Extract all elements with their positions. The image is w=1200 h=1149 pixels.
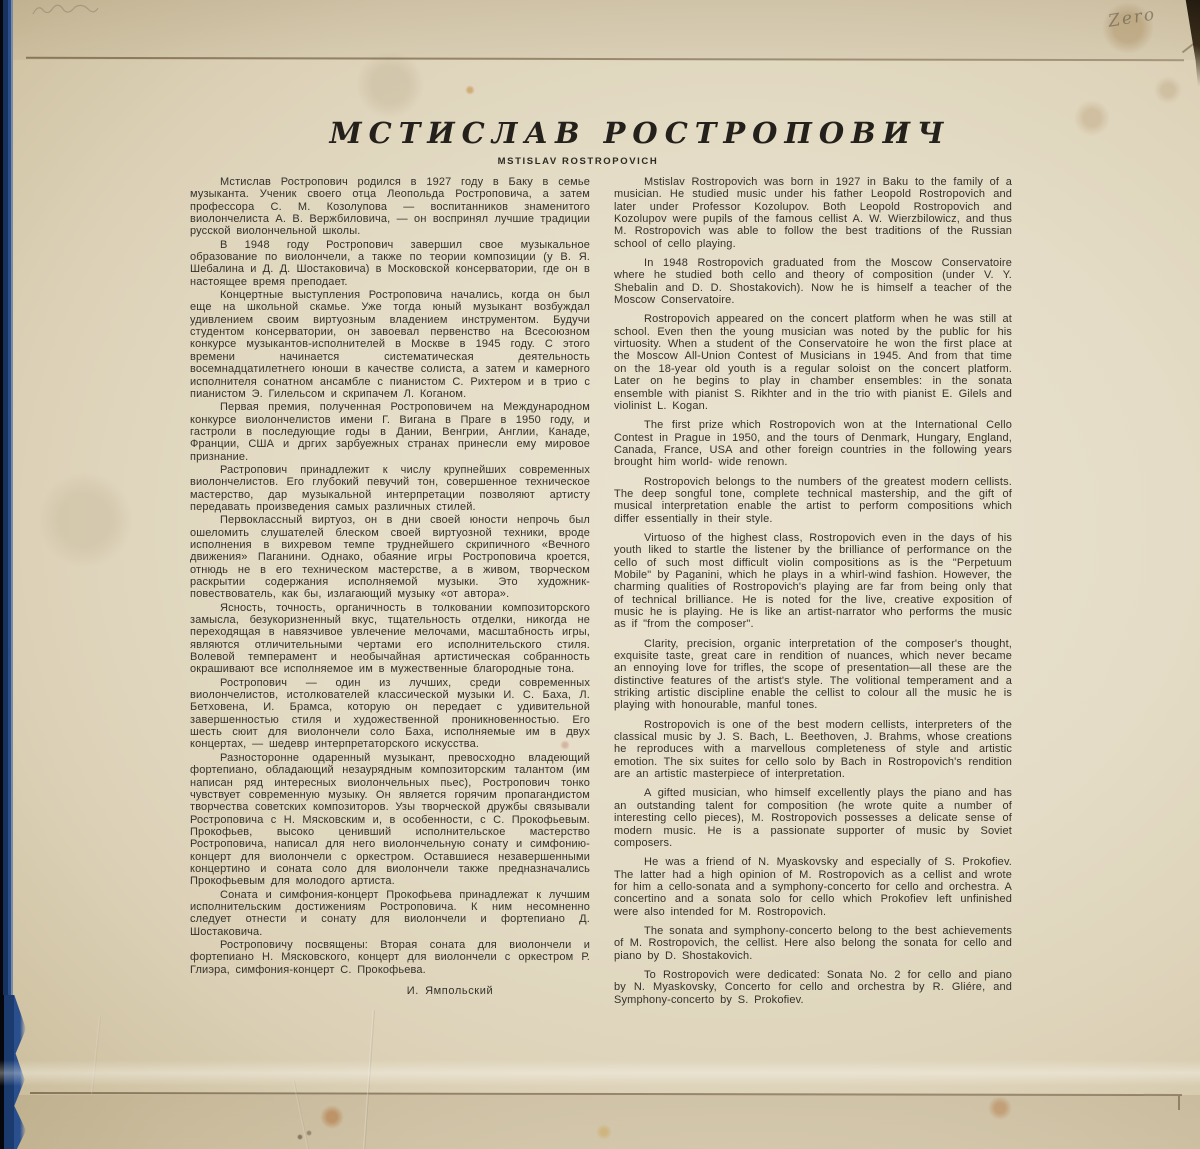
- paragraph: To Rostropovich were dedicated: Sonata N…: [614, 969, 1012, 1006]
- paragraph: Rostropovich belongs to the numbers of t…: [614, 476, 1012, 525]
- paragraph: В 1948 году Ростропович завершил свое му…: [190, 239, 590, 288]
- paragraph: Ясность, точность, органичность в толков…: [190, 602, 590, 676]
- top-fold-flap: [0, 0, 1200, 60]
- paragraph: Rostropovich appeared on the concert pla…: [614, 313, 1012, 412]
- author-signature: И. Ямпольский: [190, 985, 590, 997]
- page-title-english: MSTISLAV ROSTROPOVICH: [0, 156, 1156, 167]
- paragraph: Растропович принадлежит к числу крупнейш…: [190, 464, 590, 513]
- paragraph: A gifted musician, who himself excellent…: [614, 787, 1012, 849]
- liner-notes: Мстислав Ростропович родился в 1927 году…: [190, 176, 1012, 1013]
- page-title-russian: МСТИСЛАВ РОСТРОПОВИЧ: [140, 116, 1140, 150]
- paragraph: He was a friend of N. Myaskovsky and esp…: [614, 856, 1012, 918]
- paragraph: In 1948 Rostropovich graduated from the …: [614, 257, 1012, 306]
- paragraph: The first prize which Rostropovich won a…: [614, 419, 1012, 468]
- pencil-scribble: [30, 0, 100, 22]
- paragraph: Первая премия, полученная Ростроповичем …: [190, 401, 590, 463]
- paragraph: Rostropovich is one of the best modern c…: [614, 719, 1012, 781]
- bottom-fold-flap: [0, 1095, 1200, 1149]
- english-column: Mstislav Rostropovich was born in 1927 i…: [614, 176, 1012, 1013]
- paragraph: Концертные выступления Ростроповича нача…: [190, 289, 590, 400]
- paragraph: Разносторонне одаренный музыкант, превос…: [190, 752, 590, 888]
- paragraph: Clarity, precision, organic interpretati…: [614, 638, 1012, 712]
- paragraph: Virtuoso of the highest class, Rostropov…: [614, 532, 1012, 631]
- paragraph: Mstislav Rostropovich was born in 1927 i…: [614, 176, 1012, 250]
- bottom-fold-hook: [1178, 1096, 1180, 1110]
- paragraph: The sonata and symphony-concerto belong …: [614, 925, 1012, 962]
- russian-column: Мстислав Ростропович родился в 1927 году…: [190, 176, 590, 1013]
- record-sleeve-back-cover: Zero МСТИСЛАВ РОСТРОПОВИЧ MSTISLAV ROSTR…: [0, 0, 1200, 1149]
- paragraph: Мстислав Ростропович родился в 1927 году…: [190, 176, 590, 238]
- paragraph: Первоклассный виртуоз, он в дни своей юн…: [190, 514, 590, 600]
- paragraph: Ростропович — один из лучших, среди совр…: [190, 677, 590, 751]
- paragraph: Соната и симфония-концерт Прокофьева при…: [190, 889, 590, 938]
- paper-sheen: [0, 1060, 1200, 1086]
- paragraph: Ростроповичу посвящены: Вторая соната дл…: [190, 939, 590, 976]
- blue-spine-edge: [0, 0, 13, 1149]
